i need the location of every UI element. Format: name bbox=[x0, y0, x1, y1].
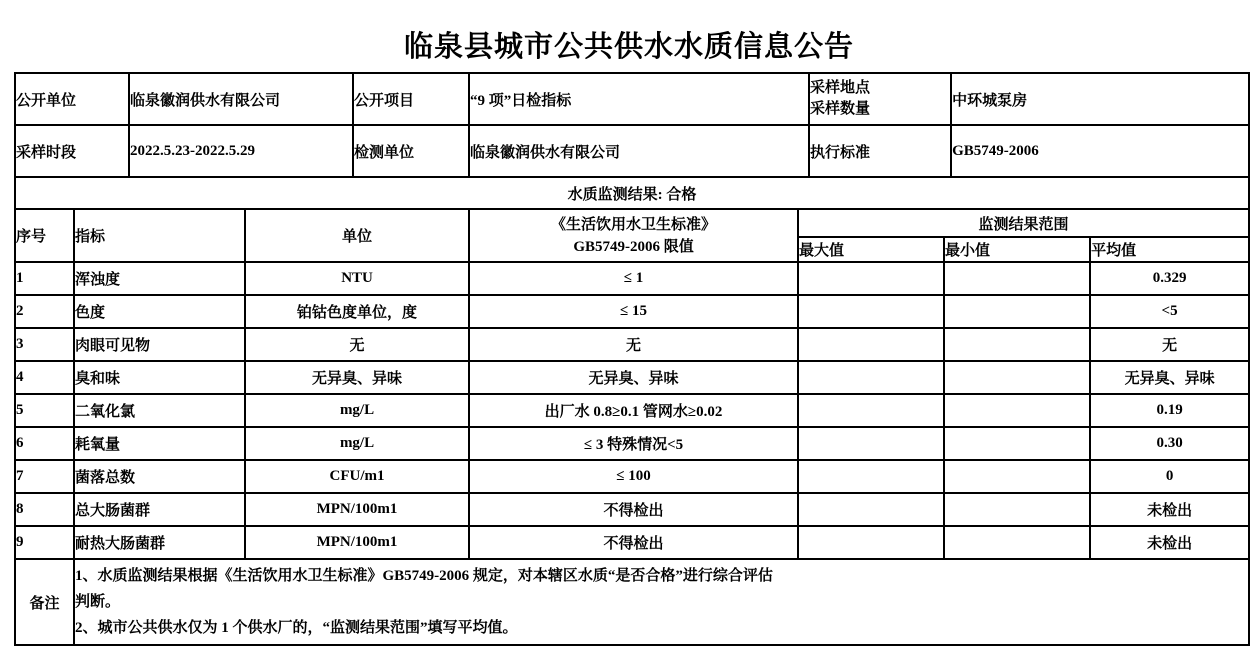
cell-avg: 无异臭、异味 bbox=[1090, 361, 1249, 394]
cell-avg: 无 bbox=[1090, 328, 1249, 361]
cell-unit: MPN/100m1 bbox=[245, 526, 469, 559]
remarks-line-1: 1、水质监测结果根据《生活饮用水卫生标准》GB5749-2006 规定，对本辖区… bbox=[75, 563, 1248, 589]
cell-min bbox=[944, 262, 1090, 295]
cell-max bbox=[798, 295, 944, 328]
label-sampling-period: 采样时段 bbox=[15, 125, 129, 177]
cell-unit: mg/L bbox=[245, 427, 469, 460]
result-banner: 水质监测结果: 合格 bbox=[15, 177, 1249, 209]
page: 临泉县城市公共供水水质信息公告 公开单位 临泉徽润供水有限公司 公开项目 “9 … bbox=[0, 0, 1258, 656]
table-row: 9 耐热大肠菌群 MPN/100m1 不得检出 未检出 bbox=[15, 526, 1249, 559]
page-title: 临泉县城市公共供水水质信息公告 bbox=[0, 0, 1258, 64]
value-public-unit: 临泉徽润供水有限公司 bbox=[129, 73, 353, 125]
remarks-line-3: 2、城市公共供水仅为 1 个供水厂的，“监测结果范围”填写平均值。 bbox=[75, 615, 1248, 641]
cell-seq: 4 bbox=[15, 361, 74, 394]
cell-min bbox=[944, 295, 1090, 328]
table-row: 7 菌落总数 CFU/m1 ≤ 100 0 bbox=[15, 460, 1249, 493]
cell-unit: MPN/100m1 bbox=[245, 493, 469, 526]
value-sampling-location: 中环城泵房 bbox=[951, 73, 1249, 125]
table-row: 1 浑浊度 NTU ≤ 1 0.329 bbox=[15, 262, 1249, 295]
cell-seq: 9 bbox=[15, 526, 74, 559]
cell-indicator: 臭和味 bbox=[74, 361, 245, 394]
cell-avg: 0.19 bbox=[1090, 394, 1249, 427]
header-min: 最小值 bbox=[944, 237, 1090, 262]
cell-min bbox=[944, 394, 1090, 427]
value-sampling-period: 2022.5.23-2022.5.29 bbox=[129, 125, 353, 177]
cell-limit: 出厂水 0.8≥0.1 管网水≥0.02 bbox=[469, 394, 798, 427]
cell-indicator: 耐热大肠菌群 bbox=[74, 526, 245, 559]
label-testing-unit: 检测单位 bbox=[353, 125, 469, 177]
table-row: 8 总大肠菌群 MPN/100m1 不得检出 未检出 bbox=[15, 493, 1249, 526]
table-row: 3 肉眼可见物 无 无 无 bbox=[15, 328, 1249, 361]
cell-unit: mg/L bbox=[245, 394, 469, 427]
cell-unit: 无 bbox=[245, 328, 469, 361]
remarks-line-2: 判断。 bbox=[75, 589, 1248, 615]
header-limit-line1: 《生活饮用水卫生标准》 bbox=[470, 214, 797, 236]
header-result-range: 监测结果范围 bbox=[798, 209, 1249, 237]
cell-min bbox=[944, 328, 1090, 361]
cell-seq: 1 bbox=[15, 262, 74, 295]
cell-max bbox=[798, 361, 944, 394]
value-testing-unit: 临泉徽润供水有限公司 bbox=[469, 125, 809, 177]
info-row-2: 采样时段 2022.5.23-2022.5.29 检测单位 临泉徽润供水有限公司… bbox=[15, 125, 1249, 177]
cell-max bbox=[798, 460, 944, 493]
cell-avg: 0.30 bbox=[1090, 427, 1249, 460]
cell-avg: 未检出 bbox=[1090, 493, 1249, 526]
cell-seq: 5 bbox=[15, 394, 74, 427]
label-executive-standard: 执行标准 bbox=[809, 125, 951, 177]
cell-avg: 0.329 bbox=[1090, 262, 1249, 295]
header-row-1: 序号 指标 单位 《生活饮用水卫生标准》 GB5749-2006 限值 监测结果… bbox=[15, 209, 1249, 237]
label-public-unit: 公开单位 bbox=[15, 73, 129, 125]
cell-max bbox=[798, 526, 944, 559]
label-public-project: 公开项目 bbox=[353, 73, 469, 125]
cell-indicator: 总大肠菌群 bbox=[74, 493, 245, 526]
cell-limit: 无异臭、异味 bbox=[469, 361, 798, 394]
label-sampling-quantity: 采样数量 bbox=[810, 99, 950, 120]
cell-max bbox=[798, 262, 944, 295]
cell-indicator: 色度 bbox=[74, 295, 245, 328]
cell-indicator: 肉眼可见物 bbox=[74, 328, 245, 361]
cell-limit: 不得检出 bbox=[469, 493, 798, 526]
header-avg: 平均值 bbox=[1090, 237, 1249, 262]
cell-avg: 0 bbox=[1090, 460, 1249, 493]
table-row: 6 耗氧量 mg/L ≤ 3 特殊情况<5 0.30 bbox=[15, 427, 1249, 460]
water-quality-table: 公开单位 临泉徽润供水有限公司 公开项目 “9 项”日检指标 采样地点 采样数量… bbox=[14, 72, 1250, 646]
cell-indicator: 菌落总数 bbox=[74, 460, 245, 493]
info-row-1: 公开单位 临泉徽润供水有限公司 公开项目 “9 项”日检指标 采样地点 采样数量… bbox=[15, 73, 1249, 125]
cell-indicator: 耗氧量 bbox=[74, 427, 245, 460]
cell-seq: 3 bbox=[15, 328, 74, 361]
cell-unit: CFU/m1 bbox=[245, 460, 469, 493]
cell-min bbox=[944, 493, 1090, 526]
value-executive-standard: GB5749-2006 bbox=[951, 125, 1249, 177]
cell-seq: 8 bbox=[15, 493, 74, 526]
cell-seq: 6 bbox=[15, 427, 74, 460]
cell-unit: 铂钴色度单位，度 bbox=[245, 295, 469, 328]
table-row: 5 二氧化氯 mg/L 出厂水 0.8≥0.1 管网水≥0.02 0.19 bbox=[15, 394, 1249, 427]
cell-indicator: 浑浊度 bbox=[74, 262, 245, 295]
header-max: 最大值 bbox=[798, 237, 944, 262]
cell-limit: 不得检出 bbox=[469, 526, 798, 559]
cell-indicator: 二氧化氯 bbox=[74, 394, 245, 427]
cell-unit: 无异臭、异味 bbox=[245, 361, 469, 394]
header-unit: 单位 bbox=[245, 209, 469, 262]
remarks-label: 备注 bbox=[15, 559, 74, 645]
cell-limit: ≤ 15 bbox=[469, 295, 798, 328]
cell-max bbox=[798, 394, 944, 427]
remarks-row: 备注 1、水质监测结果根据《生活饮用水卫生标准》GB5749-2006 规定，对… bbox=[15, 559, 1249, 645]
cell-max bbox=[798, 493, 944, 526]
cell-seq: 7 bbox=[15, 460, 74, 493]
remarks-content: 1、水质监测结果根据《生活饮用水卫生标准》GB5749-2006 规定，对本辖区… bbox=[74, 559, 1249, 645]
header-seq: 序号 bbox=[15, 209, 74, 262]
cell-min bbox=[944, 427, 1090, 460]
header-limit-line2: GB5749-2006 限值 bbox=[470, 236, 797, 258]
cell-min bbox=[944, 361, 1090, 394]
cell-limit: ≤ 100 bbox=[469, 460, 798, 493]
result-banner-row: 水质监测结果: 合格 bbox=[15, 177, 1249, 209]
table-row: 2 色度 铂钴色度单位，度 ≤ 15 <5 bbox=[15, 295, 1249, 328]
cell-seq: 2 bbox=[15, 295, 74, 328]
value-public-project: “9 项”日检指标 bbox=[469, 73, 809, 125]
header-indicator: 指标 bbox=[74, 209, 245, 262]
cell-avg: <5 bbox=[1090, 295, 1249, 328]
cell-limit: ≤ 3 特殊情况<5 bbox=[469, 427, 798, 460]
cell-unit: NTU bbox=[245, 262, 469, 295]
label-sampling-location-quantity: 采样地点 采样数量 bbox=[809, 73, 951, 125]
cell-min bbox=[944, 460, 1090, 493]
table-row: 4 臭和味 无异臭、异味 无异臭、异味 无异臭、异味 bbox=[15, 361, 1249, 394]
label-sampling-location: 采样地点 bbox=[810, 78, 950, 99]
cell-max bbox=[798, 427, 944, 460]
cell-max bbox=[798, 328, 944, 361]
cell-limit: ≤ 1 bbox=[469, 262, 798, 295]
cell-limit: 无 bbox=[469, 328, 798, 361]
cell-min bbox=[944, 526, 1090, 559]
cell-avg: 未检出 bbox=[1090, 526, 1249, 559]
header-limit: 《生活饮用水卫生标准》 GB5749-2006 限值 bbox=[469, 209, 798, 262]
